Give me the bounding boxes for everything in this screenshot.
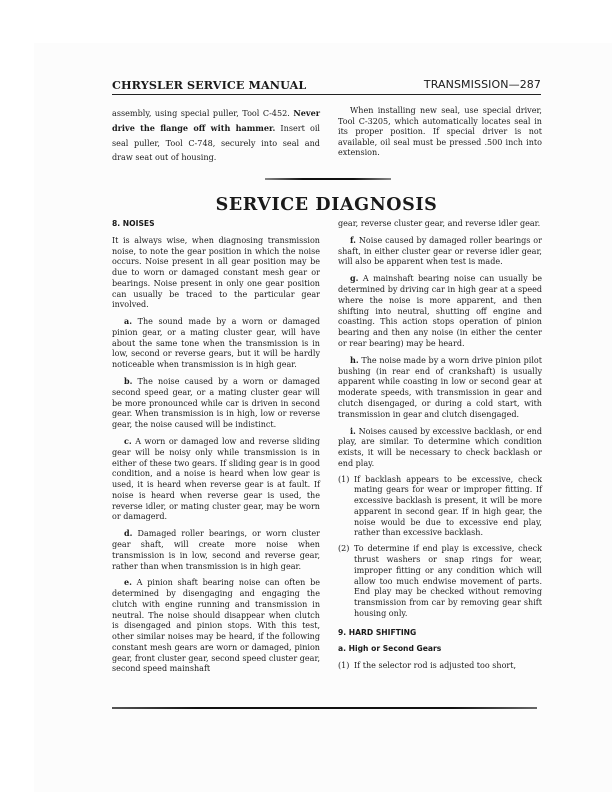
- item-text: To determine if end play is excessive, c…: [354, 544, 542, 619]
- section-page-number: TRANSMISSION—287: [424, 78, 541, 91]
- paragraph-d: d. Damaged roller bearings, or worn clus…: [112, 528, 320, 572]
- continued-text-left: assembly, using special puller, Tool C-4…: [112, 106, 320, 165]
- item-number: (1): [338, 661, 354, 672]
- text-line: assembly, using special puller, Tool C-4…: [112, 108, 290, 118]
- manual-title: CHRYSLER SERVICE MANUAL: [112, 78, 306, 92]
- noises-heading: 8. NOISES: [112, 219, 320, 230]
- paragraph-i: i. Noises caused by excessive backlash, …: [338, 426, 542, 470]
- paragraph-b: b. The noise caused by a worn or damaged…: [112, 376, 320, 431]
- paragraph-g: g. A mainshaft bearing noise can usually…: [338, 273, 542, 349]
- continued-text-right: When installing new seal, use special dr…: [338, 106, 542, 159]
- section-divider: [265, 178, 391, 180]
- numbered-item-1: (1) If backlash appears to be excessive,…: [338, 475, 542, 540]
- hard-shifting-item-1: (1) If the selector rod is adjusted too …: [338, 661, 542, 672]
- para-text: Noise caused by damaged roller bearings …: [338, 236, 542, 267]
- paragraph-e-continued: gear, reverse cluster gear, and reverse …: [338, 219, 542, 230]
- section-title: SERVICE DIAGNOSIS: [112, 195, 541, 215]
- paragraph-h: h. The noise made by a worn drive pinion…: [338, 355, 542, 421]
- paragraph: When installing new seal, use special dr…: [338, 106, 542, 159]
- para-text: The sound made by a worn or damaged pini…: [112, 317, 320, 369]
- paragraph-a: a. The sound made by a worn or damaged p…: [112, 316, 320, 371]
- para-label: a.: [124, 316, 132, 326]
- para-label: e.: [124, 577, 132, 587]
- noises-intro: It is always wise, when diagnosing trans…: [112, 236, 320, 311]
- para-text: A mainshaft bearing noise can usually be…: [338, 274, 542, 348]
- item-text: If the selector rod is adjusted too shor…: [354, 661, 542, 672]
- paragraph-f: f. Noise caused by damaged roller bearin…: [338, 235, 542, 268]
- para-text: Noises caused by excessive backlash, or …: [338, 427, 542, 468]
- right-column: gear, reverse cluster gear, and reverse …: [338, 219, 542, 677]
- para-text: The noise made by a worn drive pinion pi…: [338, 356, 542, 419]
- paragraph-c: c. A worn or damaged low and reverse sli…: [112, 436, 320, 523]
- item-text: If backlash appears to be excessive, che…: [354, 475, 542, 540]
- paragraph-e: e. A pinion shaft bearing noise can ofte…: [112, 577, 320, 675]
- para-label: c.: [124, 436, 132, 446]
- running-header: CHRYSLER SERVICE MANUAL TRANSMISSION—287: [112, 78, 541, 95]
- item-number: (2): [338, 544, 354, 619]
- numbered-item-2: (2) To determine if end play is excessiv…: [338, 544, 542, 619]
- para-text: The noise caused by a worn or damaged se…: [112, 377, 320, 429]
- high-second-gears-subheading: a. High or Second Gears: [338, 644, 542, 655]
- hard-shifting-heading: 9. HARD SHIFTING: [338, 628, 542, 639]
- para-label: h.: [350, 355, 359, 365]
- para-text: A worn or damaged low and reverse slidin…: [112, 437, 320, 521]
- footer-rule: [112, 707, 537, 709]
- left-column: 8. NOISES It is always wise, when diagno…: [112, 219, 320, 680]
- para-text: A pinion shaft bearing noise can often b…: [112, 578, 320, 673]
- para-text: Damaged roller bearings, or worn cluster…: [112, 529, 320, 570]
- item-number: (1): [338, 475, 354, 540]
